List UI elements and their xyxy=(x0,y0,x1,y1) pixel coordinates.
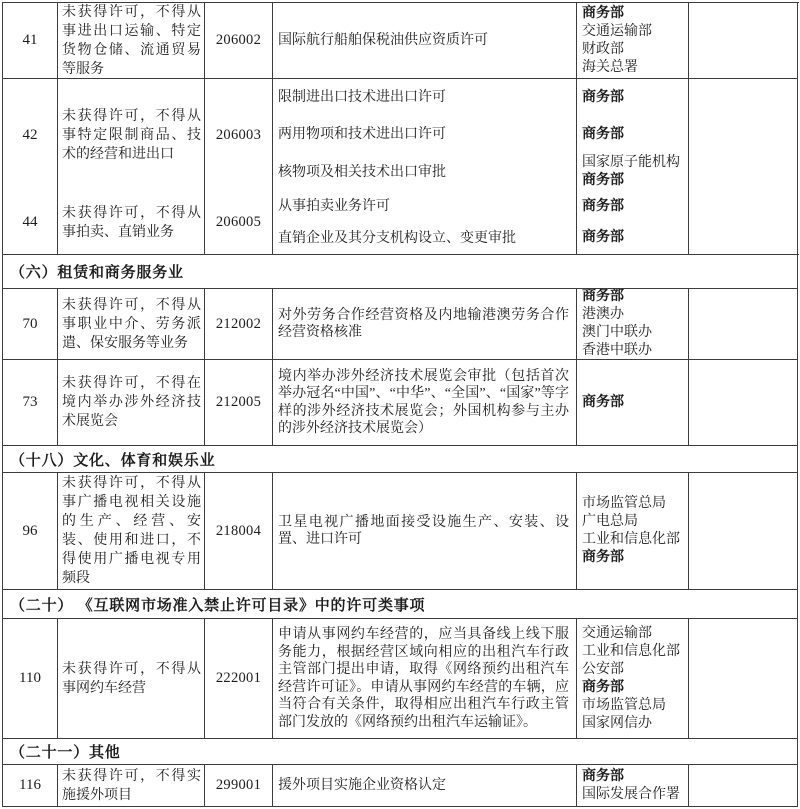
department-name: 国家原子能机构 xyxy=(582,154,686,172)
prohibition-description-cell: 未获得许可，不得从事网约车经营 xyxy=(58,619,205,738)
table-row-group: 42未获得许可，不得从事特定限制商品、技术的经营和进出口206003限制进出口技… xyxy=(3,79,799,255)
permit-item-row: 限制进出口技术进出口许可商务部 xyxy=(273,79,689,116)
department-name: 国家网信办 xyxy=(582,715,686,733)
table-row: 70未获得许可，不得从事职业中介、劳务派遣、保安服务等业务212002对外劳务合… xyxy=(3,289,798,360)
row-number-cell: 41 xyxy=(3,3,58,78)
section-header: （二十） 《互联网市场准入禁止许可目录》中的许可类事项 xyxy=(3,590,798,619)
permit-items: 对外劳务合作经营资格及内地输港澳劳务合作经营资格核准商务部港澳办澳门中联办香港中… xyxy=(273,289,689,359)
department-name: 交通运输部 xyxy=(582,23,686,41)
permit-name: 申请从事网约车经营的，应当具备线上线下服务能力，根据经营区域向相应的出租汽车行政… xyxy=(278,626,569,731)
item-code: 218004 xyxy=(216,523,261,540)
permit-name-cell: 境内举办涉外经济技术展览会审批（包括首次举办冠名“中国”、“中华”、“全国”、“… xyxy=(273,360,577,445)
permit-name: 国际航行船舶保税油供应资质许可 xyxy=(278,32,569,50)
departments-cell: 商务部 xyxy=(577,191,689,223)
table-row: 116未获得许可，不得实施援外项目299001援外项目实施企业资格认定商务部国际… xyxy=(3,765,798,807)
permit-name: 直销企业及其分支机构设立、变更审批 xyxy=(278,230,569,248)
permit-name-cell: 两用物项和技术进出口许可 xyxy=(273,116,577,153)
item-code-cell: 206002 xyxy=(205,3,273,78)
department-name: 香港中联办 xyxy=(582,342,686,359)
prohibition-description: 未获得许可，不得从事特定限制商品、技术的经营和进出口 xyxy=(62,107,201,164)
row-number: 116 xyxy=(19,777,41,794)
item-code-cell: 212005 xyxy=(205,360,273,445)
permit-name: 限制进出口技术进出口许可 xyxy=(278,89,569,107)
remarks-cell xyxy=(689,191,798,254)
permit-name-cell: 援外项目实施企业资格认定 xyxy=(273,765,577,806)
item-code-cell: 206005 xyxy=(205,191,273,254)
permit-items: 卫星电视广播地面接受设施生产、安装、设置、进口许可市场监管总局广电总局工业和信息… xyxy=(273,473,689,589)
department-name: 商务部 xyxy=(582,679,686,697)
prohibition-description-cell: 未获得许可，不得实施援外项目 xyxy=(58,765,205,806)
section-header: （六）租赁和商务服务业 xyxy=(3,255,798,289)
permit-item-row: 援外项目实施企业资格认定商务部国际发展合作署 xyxy=(273,765,689,806)
departments-cell: 商务部 xyxy=(577,223,689,255)
department-name: 商务部 xyxy=(582,172,686,190)
permit-item-row: 申请从事网约车经营的，应当具备线上线下服务能力，根据经营区域向相应的出租汽车行政… xyxy=(273,619,689,738)
item-code: 299001 xyxy=(216,777,261,794)
row-number: 73 xyxy=(23,394,38,411)
row-number: 110 xyxy=(19,670,41,687)
prohibition-description: 未获得许可，不得从事拍卖、直销业务 xyxy=(62,204,201,242)
permit-name-cell: 限制进出口技术进出口许可 xyxy=(273,79,577,116)
row-number-cell: 73 xyxy=(3,360,58,445)
department-name: 公安部 xyxy=(582,661,686,679)
row-number-cell: 42 xyxy=(3,79,58,191)
permit-items: 申请从事网约车经营的，应当具备线上线下服务能力，根据经营区域向相应的出租汽车行政… xyxy=(273,619,689,738)
permit-name: 对外劳务合作经营资格及内地输港澳劳务合作经营资格核准 xyxy=(278,307,569,342)
prohibition-description-cell: 未获得许可，不得从事广播电视相关设施的生产、经营、安装、使用和进口，不得使用广播… xyxy=(58,473,205,589)
table-row: 96未获得许可，不得从事广播电视相关设施的生产、经营、安装、使用和进口，不得使用… xyxy=(3,473,798,590)
table-row: 42未获得许可，不得从事特定限制商品、技术的经营和进出口206003限制进出口技… xyxy=(3,79,798,191)
item-code: 206003 xyxy=(216,127,261,144)
departments-cell: 商务部交通运输部财政部海关总署 xyxy=(577,3,689,78)
section-title: （二十） 《互联网市场准入禁止许可目录》中的许可类事项 xyxy=(10,594,425,615)
row-number: 44 xyxy=(23,214,38,231)
row-number-cell: 110 xyxy=(3,619,58,738)
department-name: 商务部 xyxy=(582,89,686,107)
permit-name: 卫星电视广播地面接受设施生产、安装、设置、进口许可 xyxy=(278,514,569,549)
prohibition-description: 未获得许可，不得在境内举办涉外经济技术展览会 xyxy=(62,374,201,431)
remarks-cell xyxy=(689,79,798,191)
table-row: 44未获得许可，不得从事拍卖、直销业务206005从事拍卖业务许可商务部直销企业… xyxy=(3,191,798,254)
department-name: 商务部 xyxy=(582,229,686,247)
permit-name: 境内举办涉外经济技术展览会审批（包括首次举办冠名“中国”、“中华”、“全国”、“… xyxy=(278,368,569,438)
table-row: 41未获得许可，不得从事进出口运输、特定货物仓储、流通贸易等服务206002国际… xyxy=(3,3,798,79)
row-number: 42 xyxy=(23,127,38,144)
prohibition-description-cell: 未获得许可，不得从事拍卖、直销业务 xyxy=(58,191,205,254)
row-number: 96 xyxy=(23,523,38,540)
prohibition-description-cell: 未获得许可，不得从事职业中介、劳务派遣、保安服务等业务 xyxy=(58,289,205,359)
remarks-cell xyxy=(689,360,798,445)
permit-items: 国际航行船舶保税油供应资质许可商务部交通运输部财政部海关总署 xyxy=(273,3,689,78)
prohibition-description-cell: 未获得许可，不得在境内举办涉外经济技术展览会 xyxy=(58,360,205,445)
department-name: 海关总署 xyxy=(582,59,686,77)
permit-items: 援外项目实施企业资格认定商务部国际发展合作署 xyxy=(273,765,689,806)
section-header: （十八）文化、体育和娱乐业 xyxy=(3,446,798,473)
permit-item-row: 国际航行船舶保税油供应资质许可商务部交通运输部财政部海关总署 xyxy=(273,3,689,78)
permit-name-cell: 从事拍卖业务许可 xyxy=(273,191,577,223)
departments-cell: 商务部 xyxy=(577,360,689,445)
section-header: （二十一）其他 xyxy=(3,739,798,765)
departments-cell: 商务部 xyxy=(577,79,689,116)
item-code-cell: 222001 xyxy=(205,619,273,738)
department-name: 商务部 xyxy=(582,5,686,23)
prohibition-description: 未获得许可，不得从事进出口运输、特定货物仓储、流通贸易等服务 xyxy=(62,3,201,78)
department-name: 商务部 xyxy=(582,768,686,786)
item-code-cell: 218004 xyxy=(205,473,273,589)
department-name: 交通运输部 xyxy=(582,625,686,643)
department-name: 商务部 xyxy=(582,198,686,216)
permit-item-row: 直销企业及其分支机构设立、变更审批商务部 xyxy=(273,223,689,255)
permit-name: 援外项目实施企业资格认定 xyxy=(278,777,569,795)
section-title: （十八）文化、体育和娱乐业 xyxy=(10,449,215,470)
item-code: 206005 xyxy=(216,214,261,231)
department-name: 澳门中联办 xyxy=(582,324,686,342)
department-name: 工业和信息化部 xyxy=(582,643,686,661)
permit-item-row: 从事拍卖业务许可商务部 xyxy=(273,191,689,223)
permit-name-cell: 核物项及相关技术出口审批 xyxy=(273,154,577,191)
prohibition-description: 未获得许可，不得实施援外项目 xyxy=(62,767,201,805)
permit-item-row: 卫星电视广播地面接受设施生产、安装、设置、进口许可市场监管总局广电总局工业和信息… xyxy=(273,473,689,589)
departments-cell: 国家原子能机构商务部 xyxy=(577,154,689,191)
row-number-cell: 70 xyxy=(3,289,58,359)
prohibition-description: 未获得许可，不得从事网约车经营 xyxy=(62,660,201,698)
department-name: 商务部 xyxy=(582,549,686,567)
row-number-cell: 96 xyxy=(3,473,58,589)
permit-item-row: 境内举办涉外经济技术展览会审批（包括首次举办冠名“中国”、“中华”、“全国”、“… xyxy=(273,360,689,445)
department-name: 市场监管总局 xyxy=(582,495,686,513)
item-code: 206002 xyxy=(216,32,261,49)
permit-name-cell: 直销企业及其分支机构设立、变更审批 xyxy=(273,223,577,255)
row-number: 41 xyxy=(23,32,38,49)
section-title: （二十一）其他 xyxy=(10,741,121,762)
permit-name: 从事拍卖业务许可 xyxy=(278,198,569,216)
permit-name-cell: 卫星电视广播地面接受设施生产、安装、设置、进口许可 xyxy=(273,473,577,589)
item-code: 222001 xyxy=(216,670,261,687)
section-title: （六）租赁和商务服务业 xyxy=(10,261,184,282)
table-row: 110未获得许可，不得从事网约车经营222001申请从事网约车经营的，应当具备线… xyxy=(3,619,798,739)
prohibition-description: 未获得许可，不得从事职业中介、劳务派遣、保安服务等业务 xyxy=(62,296,201,353)
remarks-cell xyxy=(689,3,798,78)
table-row: 73未获得许可，不得在境内举办涉外经济技术展览会212005境内举办涉外经济技术… xyxy=(3,360,798,446)
departments-cell: 商务部国际发展合作署 xyxy=(577,765,689,806)
permit-name-cell: 国际航行船舶保税油供应资质许可 xyxy=(273,3,577,78)
permit-item-row: 对外劳务合作经营资格及内地输港澳劳务合作经营资格核准商务部港澳办澳门中联办香港中… xyxy=(273,289,689,359)
item-code: 212005 xyxy=(216,394,261,411)
department-name: 市场监管总局 xyxy=(582,697,686,715)
row-number: 70 xyxy=(23,316,38,333)
permit-name-cell: 申请从事网约车经营的，应当具备线上线下服务能力，根据经营区域向相应的出租汽车行政… xyxy=(273,619,577,738)
item-code: 212002 xyxy=(216,316,261,333)
department-name: 商务部 xyxy=(582,289,686,306)
permit-name-cell: 对外劳务合作经营资格及内地输港澳劳务合作经营资格核准 xyxy=(273,289,577,359)
permit-item-row: 两用物项和技术进出口许可商务部 xyxy=(273,116,689,153)
departments-cell: 商务部 xyxy=(577,116,689,153)
row-number-cell: 44 xyxy=(3,191,58,254)
prohibition-description-cell: 未获得许可，不得从事进出口运输、特定货物仓储、流通贸易等服务 xyxy=(58,3,205,78)
department-name: 财政部 xyxy=(582,41,686,59)
permit-name: 两用物项和技术进出口许可 xyxy=(278,126,569,144)
remarks-cell xyxy=(689,473,798,589)
permit-items: 境内举办涉外经济技术展览会审批（包括首次举办冠名“中国”、“中华”、“全国”、“… xyxy=(273,360,689,445)
prohibition-description-cell: 未获得许可，不得从事特定限制商品、技术的经营和进出口 xyxy=(58,79,205,191)
permit-name: 核物项及相关技术出口审批 xyxy=(278,164,569,182)
permit-items: 限制进出口技术进出口许可商务部两用物项和技术进出口许可商务部核物项及相关技术出口… xyxy=(273,79,689,191)
departments-cell: 商务部港澳办澳门中联办香港中联办 xyxy=(577,289,689,359)
departments-cell: 市场监管总局广电总局工业和信息化部商务部 xyxy=(577,473,689,589)
department-name: 港澳办 xyxy=(582,306,686,324)
item-code-cell: 212002 xyxy=(205,289,273,359)
row-number-cell: 116 xyxy=(3,765,58,806)
department-name: 工业和信息化部 xyxy=(582,531,686,549)
department-name: 国际发展合作署 xyxy=(582,786,686,804)
remarks-cell xyxy=(689,619,798,738)
item-code-cell: 206003 xyxy=(205,79,273,191)
department-name: 商务部 xyxy=(582,126,686,144)
departments-cell: 交通运输部工业和信息化部公安部商务部市场监管总局国家网信办 xyxy=(577,619,689,738)
prohibition-description: 未获得许可，不得从事广播电视相关设施的生产、经营、安装、使用和进口，不得使用广播… xyxy=(62,474,201,588)
document-page: 41未获得许可，不得从事进出口运输、特定货物仓储、流通贸易等服务206002国际… xyxy=(0,0,800,809)
department-name: 商务部 xyxy=(582,394,686,412)
item-code-cell: 299001 xyxy=(205,765,273,806)
remarks-cell xyxy=(689,765,798,806)
remarks-cell xyxy=(689,289,798,359)
regulation-table: 41未获得许可，不得从事进出口运输、特定货物仓储、流通贸易等服务206002国际… xyxy=(2,2,799,807)
permit-items: 从事拍卖业务许可商务部直销企业及其分支机构设立、变更审批商务部 xyxy=(273,191,689,254)
department-name: 广电总局 xyxy=(582,513,686,531)
permit-item-row: 核物项及相关技术出口审批国家原子能机构商务部 xyxy=(273,154,689,191)
